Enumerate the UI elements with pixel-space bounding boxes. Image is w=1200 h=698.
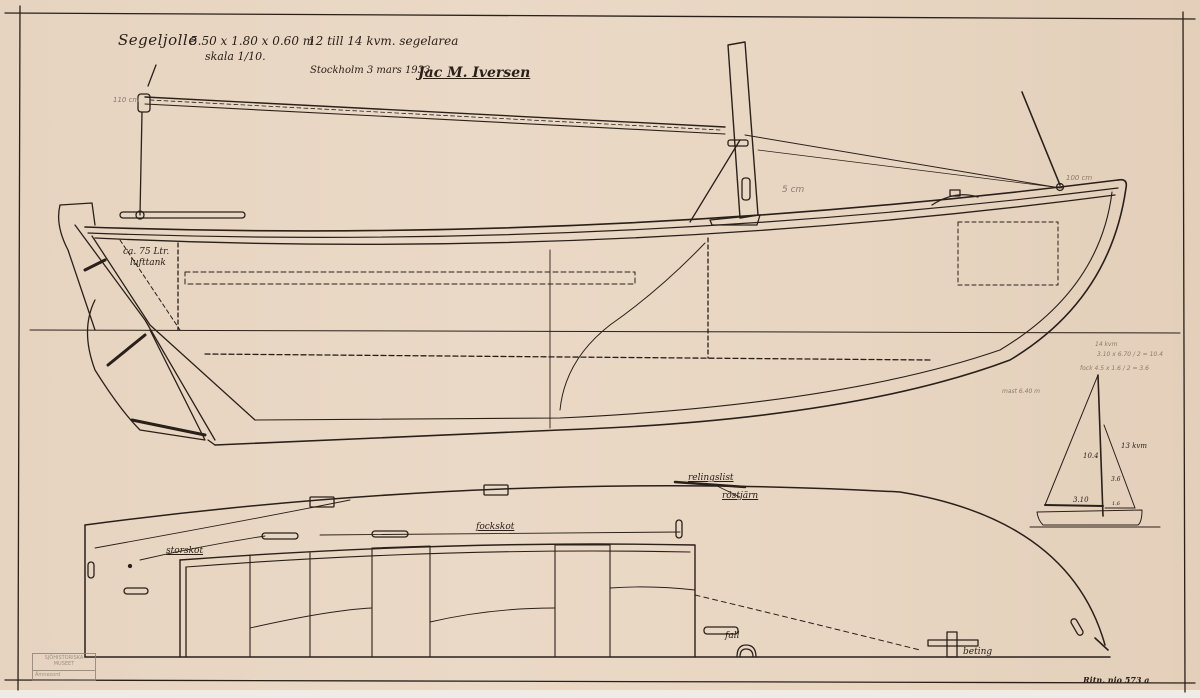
- mast-note: 5 cm: [782, 186, 804, 195]
- place-date: Stockholm 3 mars 1933: [310, 66, 430, 76]
- height-fwd-note: 100 cm: [1066, 175, 1092, 182]
- drawing-title: Segeljolle: [118, 33, 198, 48]
- rostjarn-label: röstjärn: [722, 492, 758, 501]
- boat-dimensions: 5.50 x 1.80 x 0.60 m: [190, 35, 314, 47]
- border-frame: [5, 6, 1195, 692]
- fockskot-label: fockskot: [476, 523, 514, 532]
- airtank-label-2: lufttank: [130, 259, 166, 268]
- relingslist-label: relingslist: [688, 474, 734, 483]
- mast-length-note: mast 6.40 m: [1002, 389, 1040, 395]
- signature: Jac M. Iversen: [418, 66, 530, 80]
- sail-calc-jib: fock 4.5 x 1.6 / 2 = 3.6: [1080, 366, 1149, 372]
- hull-profile: [59, 180, 1127, 445]
- sail-calc-main: 3.10 x 6.70 / 2 = 10.4: [1097, 352, 1163, 358]
- main-sail-area: 10.4: [1083, 453, 1099, 460]
- sail-sketch: [1030, 375, 1160, 527]
- airtank-label: ca. 75 Ltr.: [123, 248, 169, 257]
- drawing-scale: skala 1/10.: [205, 51, 266, 62]
- boom-length: 3.10: [1073, 497, 1089, 504]
- jib-area: 3.6: [1111, 477, 1121, 483]
- height-aft-note: 110 cm: [113, 97, 139, 104]
- museum-stamp: SJÖHISTORISKA MUSEET Ämnesord: [32, 653, 96, 681]
- total-sail-area: 13 kvm: [1121, 443, 1147, 450]
- plan-view: [85, 482, 1110, 657]
- sail-area: 12 till 14 kvm. segelarea: [308, 35, 458, 47]
- drawing-number: Ritn. nio 573 a: [1083, 676, 1149, 684]
- stamp-subject: Ämnesord: [33, 671, 95, 681]
- rig-profile: [136, 42, 1064, 225]
- sail-note-area: 14 kvm: [1095, 342, 1117, 348]
- beting-label: beting: [963, 648, 992, 657]
- foot-length: 1.6: [1112, 502, 1120, 507]
- storskot-label: storskot: [166, 547, 203, 556]
- fall-label: fall: [725, 632, 739, 641]
- boat-drawing: [0, 0, 1200, 698]
- stamp-museum-name: SJÖHISTORISKA MUSEET: [33, 654, 95, 671]
- waterline: [30, 330, 1180, 333]
